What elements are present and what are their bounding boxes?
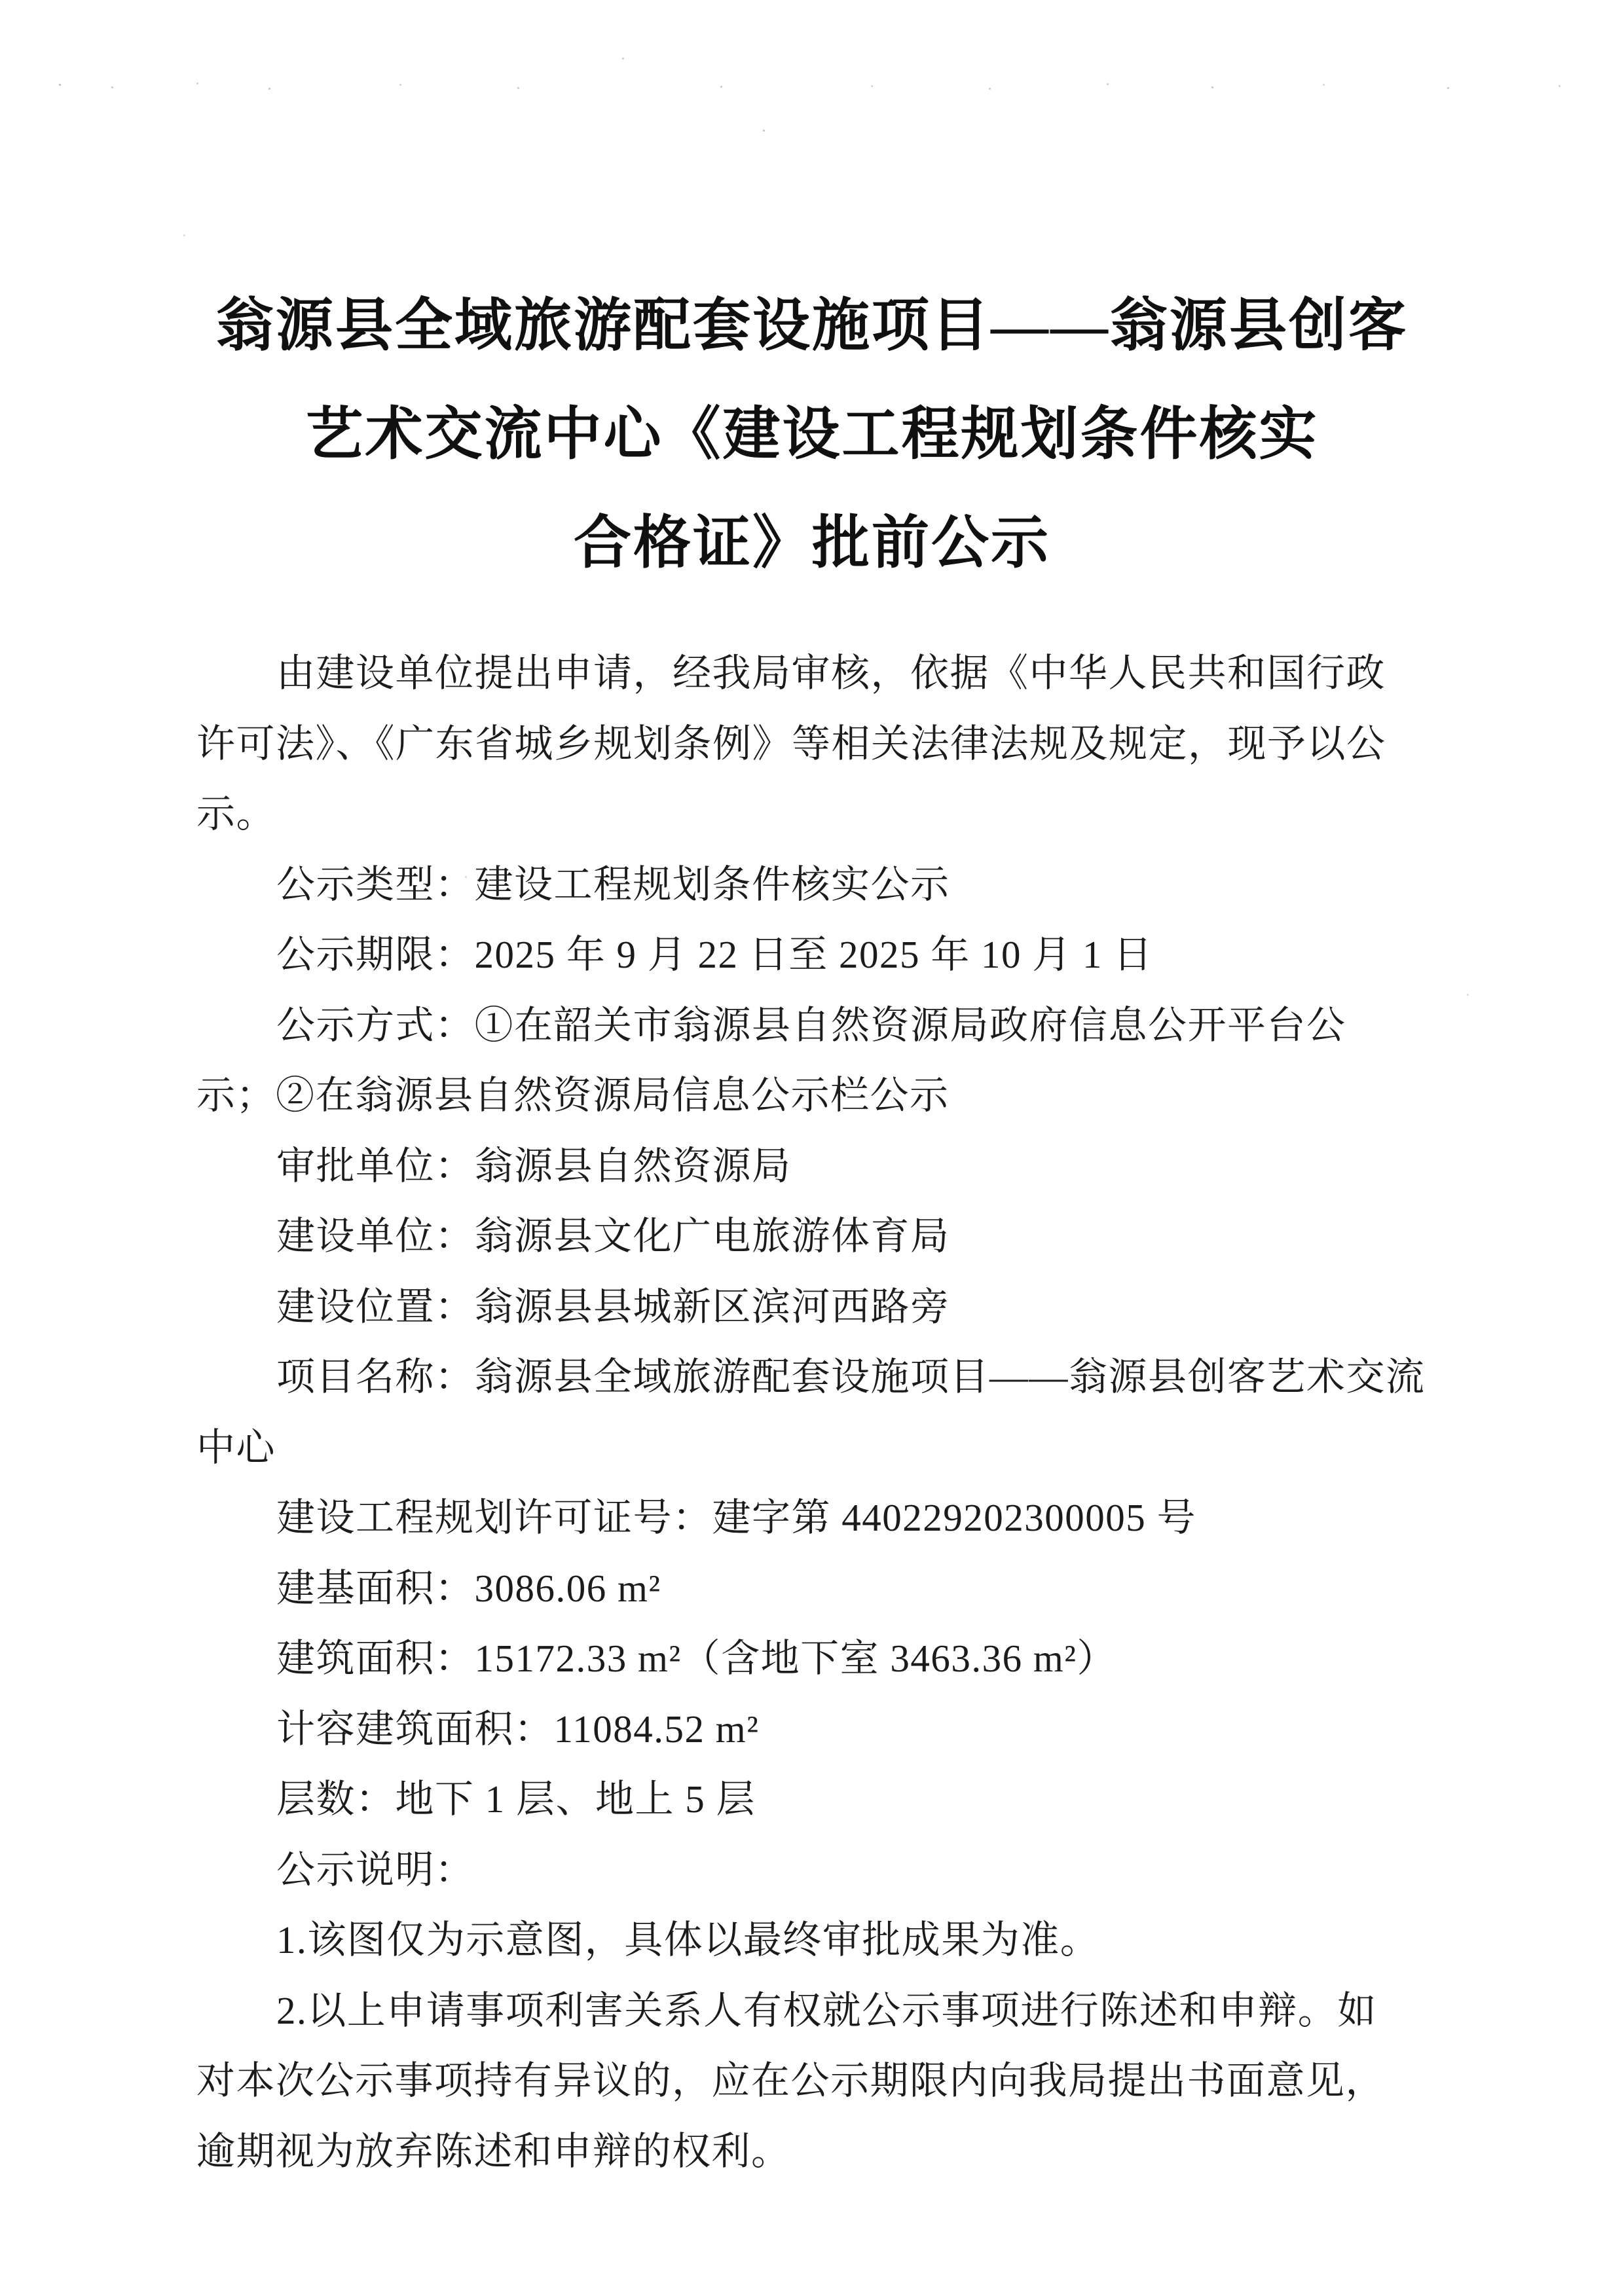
body-line: 示；②在翁源县自然资源局信息公示栏公示 [196, 1061, 1428, 1131]
body-line: 建设位置：翁源县县城新区滨河西路旁 [196, 1272, 1428, 1343]
body-line: 示。 [196, 779, 1428, 850]
body-line: 逾期视为放弃陈述和申辩的权利。 [196, 2117, 1428, 2187]
body-line: 层数：地下 1 层、地上 5 层 [196, 1764, 1428, 1835]
body-line: 建筑面积：15172.33 m²（含地下室 3463.36 m²） [196, 1624, 1428, 1694]
body-line: 由建设单位提出申请，经我局审核，依据《中华人民共和国行政 [196, 638, 1428, 709]
body-line: 建设工程规划许可证号：建字第 440229202300005 号 [196, 1483, 1428, 1554]
notice-title: 翁源县全域旅游配套设施项目——翁源县创客 艺术交流中心《建设工程规划条件核实 合… [98, 272, 1526, 598]
body-line: 计容建筑面积：11084.52 m² [196, 1694, 1428, 1765]
body-line: 公示期限：2025 年 9 月 22 日至 2025 年 10 月 1 日 [196, 920, 1428, 991]
notice-title-line-3: 合格证》批前公示 [98, 490, 1526, 598]
notice-body: 由建设单位提出申请，经我局审核，依据《中华人民共和国行政许可法》、《广东省城乡规… [196, 638, 1428, 2187]
body-line: 许可法》、《广东省城乡规划条例》等相关法律法规及规定，现予以公 [196, 709, 1428, 780]
body-line: 对本次公示事项持有异议的，应在公示期限内向我局提出书面意见， [196, 2046, 1428, 2117]
body-line: 建设单位：翁源县文化广电旅游体育局 [196, 1201, 1428, 1272]
scanned-notice-page: 翁源县全域旅游配套设施项目——翁源县创客 艺术交流中心《建设工程规划条件核实 合… [0, 0, 1624, 2296]
body-line: 2.以上申请事项利害关系人有权就公示事项进行陈述和申辩。如 [196, 1976, 1428, 2047]
body-line: 1.该图仅为示意图，具体以最终审批成果为准。 [196, 1905, 1428, 1976]
body-line: 公示类型：建设工程规划条件核实公示 [196, 850, 1428, 920]
scan-artifacts [59, 84, 61, 86]
notice-title-line-2: 艺术交流中心《建设工程规划条件核实 [98, 381, 1526, 490]
body-line: 项目名称：翁源县全域旅游配套设施项目——翁源县创客艺术交流 [196, 1342, 1428, 1413]
body-line: 公示说明： [196, 1835, 1428, 1906]
notice-title-line-1: 翁源县全域旅游配套设施项目——翁源县创客 [98, 272, 1526, 381]
body-line: 中心 [196, 1413, 1428, 1484]
body-line: 审批单位：翁源县自然资源局 [196, 1131, 1428, 1202]
body-line: 公示方式：①在韶关市翁源县自然资源局政府信息公开平台公 [196, 991, 1428, 1061]
body-line: 建基面积：3086.06 m² [196, 1554, 1428, 1624]
